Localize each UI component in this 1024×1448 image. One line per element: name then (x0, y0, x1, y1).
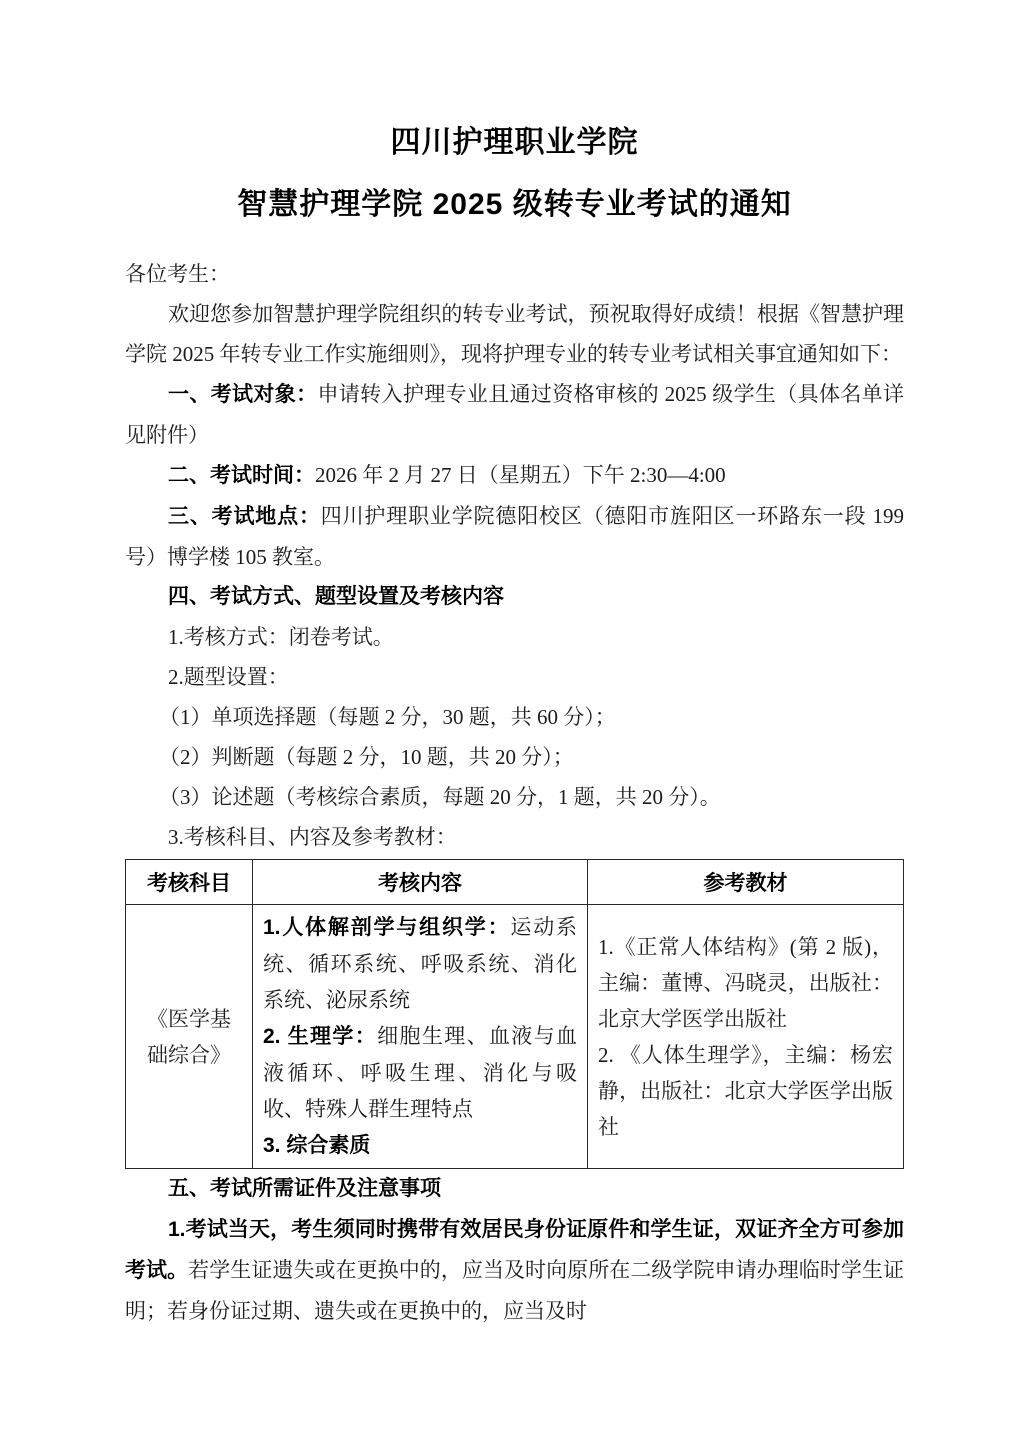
document-title-line-2: 智慧护理学院 2025 级转专业考试的通知 (125, 174, 904, 236)
reference-cell: 1.《正常人体结构》(第 2 版)，主编：董博、冯晓灵，出版社：北京大学医学出版… (588, 905, 904, 1169)
section-4-question-type-3: （3）论述题（考核综合素质，每题 20 分，1 题，共 20 分）。 (125, 777, 904, 817)
section-1-label: 一、考试对象： (168, 383, 317, 406)
exam-subjects-table: 考核科目 考核内容 参考教材 《医学基础综合》 1.人体解剖学与组织学：运动系统… (125, 859, 904, 1169)
section-3-label: 三、考试地点： (168, 505, 321, 528)
section-4-heading: 四、考试方式、题型设置及考核内容 (125, 577, 904, 617)
section-5-heading: 五、考试所需证件及注意事项 (125, 1169, 904, 1209)
reference-item-2: 2. 《人体生理学》，主编：杨宏静，出版社：北京大学医学出版社 (598, 1037, 893, 1145)
subject-cell: 《医学基础综合》 (126, 905, 253, 1169)
section-5-item-1: 1.考试当天，考生须同时携带有效居民身份证原件和学生证，双证齐全方可参加考试。若… (125, 1209, 904, 1331)
document-body: 各位考生： 欢迎您参加智慧护理学院组织的转专业考试，预祝取得好成绩！根据《智慧护… (125, 254, 904, 1331)
content-item-anatomy-label: 1.人体解剖学与组织学： (263, 916, 510, 939)
table-header-reference: 参考教材 (588, 860, 904, 905)
content-item-physiology-label: 2. 生理学： (263, 1025, 377, 1048)
table-header-subject: 考核科目 (126, 860, 253, 905)
section-1-exam-target: 一、考试对象：申请转入护理专业且通过资格审核的 2025 级学生（具体名单详见附… (125, 374, 904, 455)
section-4-question-type-2: （2）判断题（每题 2 分，10 题，共 20 分）； (125, 737, 904, 777)
content-item-comprehensive-label: 3. 综合素质 (263, 1134, 370, 1157)
section-5-item-1-rest: 若学生证遗失或在更换中的，应当及时向原所在二级学院申请办理临时学生证明；若身份证… (125, 1258, 904, 1323)
intro-paragraph: 欢迎您参加智慧护理学院组织的转专业考试，预祝取得好成绩！根据《智慧护理学院 20… (125, 294, 904, 374)
content-cell: 1.人体解剖学与组织学：运动系统、循环系统、呼吸系统、消化系统、泌尿系统 2. … (253, 905, 588, 1169)
section-2-exam-time: 二、考试时间：2026 年 2 月 27 日（星期五）下午 2:30—4:00 (125, 455, 904, 496)
section-4-question-type-1: （1）单项选择题（每题 2 分，30 题，共 60 分）； (125, 697, 904, 737)
section-4-item-1: 1.考核方式：闭卷考试。 (125, 617, 904, 657)
content-item-physiology: 2. 生理学：细胞生理、血液与血液循环、呼吸生理、消化与吸收、特殊人群生理特点 (263, 1018, 577, 1127)
content-item-comprehensive: 3. 综合素质 (263, 1127, 577, 1164)
section-2-text: 2026 年 2 月 27 日（星期五）下午 2:30—4:00 (315, 463, 726, 487)
reference-item-1: 1.《正常人体结构》(第 2 版)，主编：董博、冯晓灵，出版社：北京大学医学出版… (598, 929, 893, 1037)
content-item-anatomy: 1.人体解剖学与组织学：运动系统、循环系统、呼吸系统、消化系统、泌尿系统 (263, 909, 577, 1018)
section-2-label: 二、考试时间： (168, 464, 315, 487)
section-3-exam-location: 三、考试地点：四川护理职业学院德阳校区（德阳市旌阳区一环路东一段 199 号）博… (125, 496, 904, 577)
section-4-item-3: 3.考核科目、内容及参考教材： (125, 817, 904, 857)
salutation: 各位考生： (125, 254, 904, 294)
table-body-row: 《医学基础综合》 1.人体解剖学与组织学：运动系统、循环系统、呼吸系统、消化系统… (126, 905, 904, 1169)
table-header-row: 考核科目 考核内容 参考教材 (126, 860, 904, 905)
section-4-item-2: 2.题型设置： (125, 657, 904, 697)
table-header-content: 考核内容 (253, 860, 588, 905)
notice-document-page: 四川护理职业学院 智慧护理学院 2025 级转专业考试的通知 各位考生： 欢迎您… (0, 0, 1024, 1448)
document-title-line-1: 四川护理职业学院 (125, 112, 904, 174)
